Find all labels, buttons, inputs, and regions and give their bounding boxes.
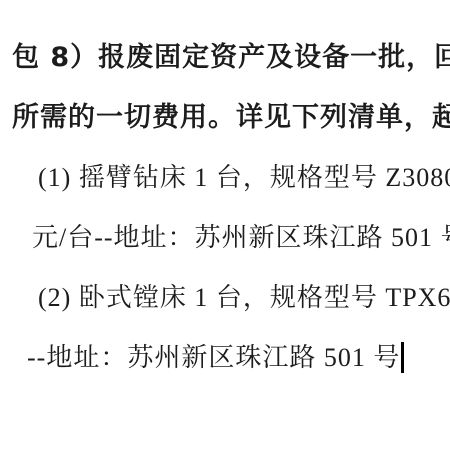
text-line[interactable]: 元/台--地址：苏州新区珠江路 501 号 [0, 208, 450, 268]
document-text-area[interactable]: 包 8）报废固定资产及设备一批，回收商负 所需的一切费用。详见下列清单，起拍元 … [0, 0, 450, 450]
text-line[interactable]: 所需的一切费用。详见下列清单，起拍元 7 [0, 88, 450, 148]
text-line-content: --地址：苏州新区珠江路 501 号 [27, 343, 400, 372]
text-line[interactable]: 包 8）报废固定资产及设备一批，回收商负 [0, 28, 450, 88]
text-line[interactable]: (2) 卧式镗床 1 台，规格型号 TPX6113 [0, 268, 450, 328]
text-line[interactable]: (1) 摇臂钻床 1 台，规格型号 Z3080*25 [0, 148, 450, 208]
text-line[interactable]: --地址：苏州新区珠江路 501 号 [0, 328, 450, 388]
text-cursor [401, 342, 404, 373]
